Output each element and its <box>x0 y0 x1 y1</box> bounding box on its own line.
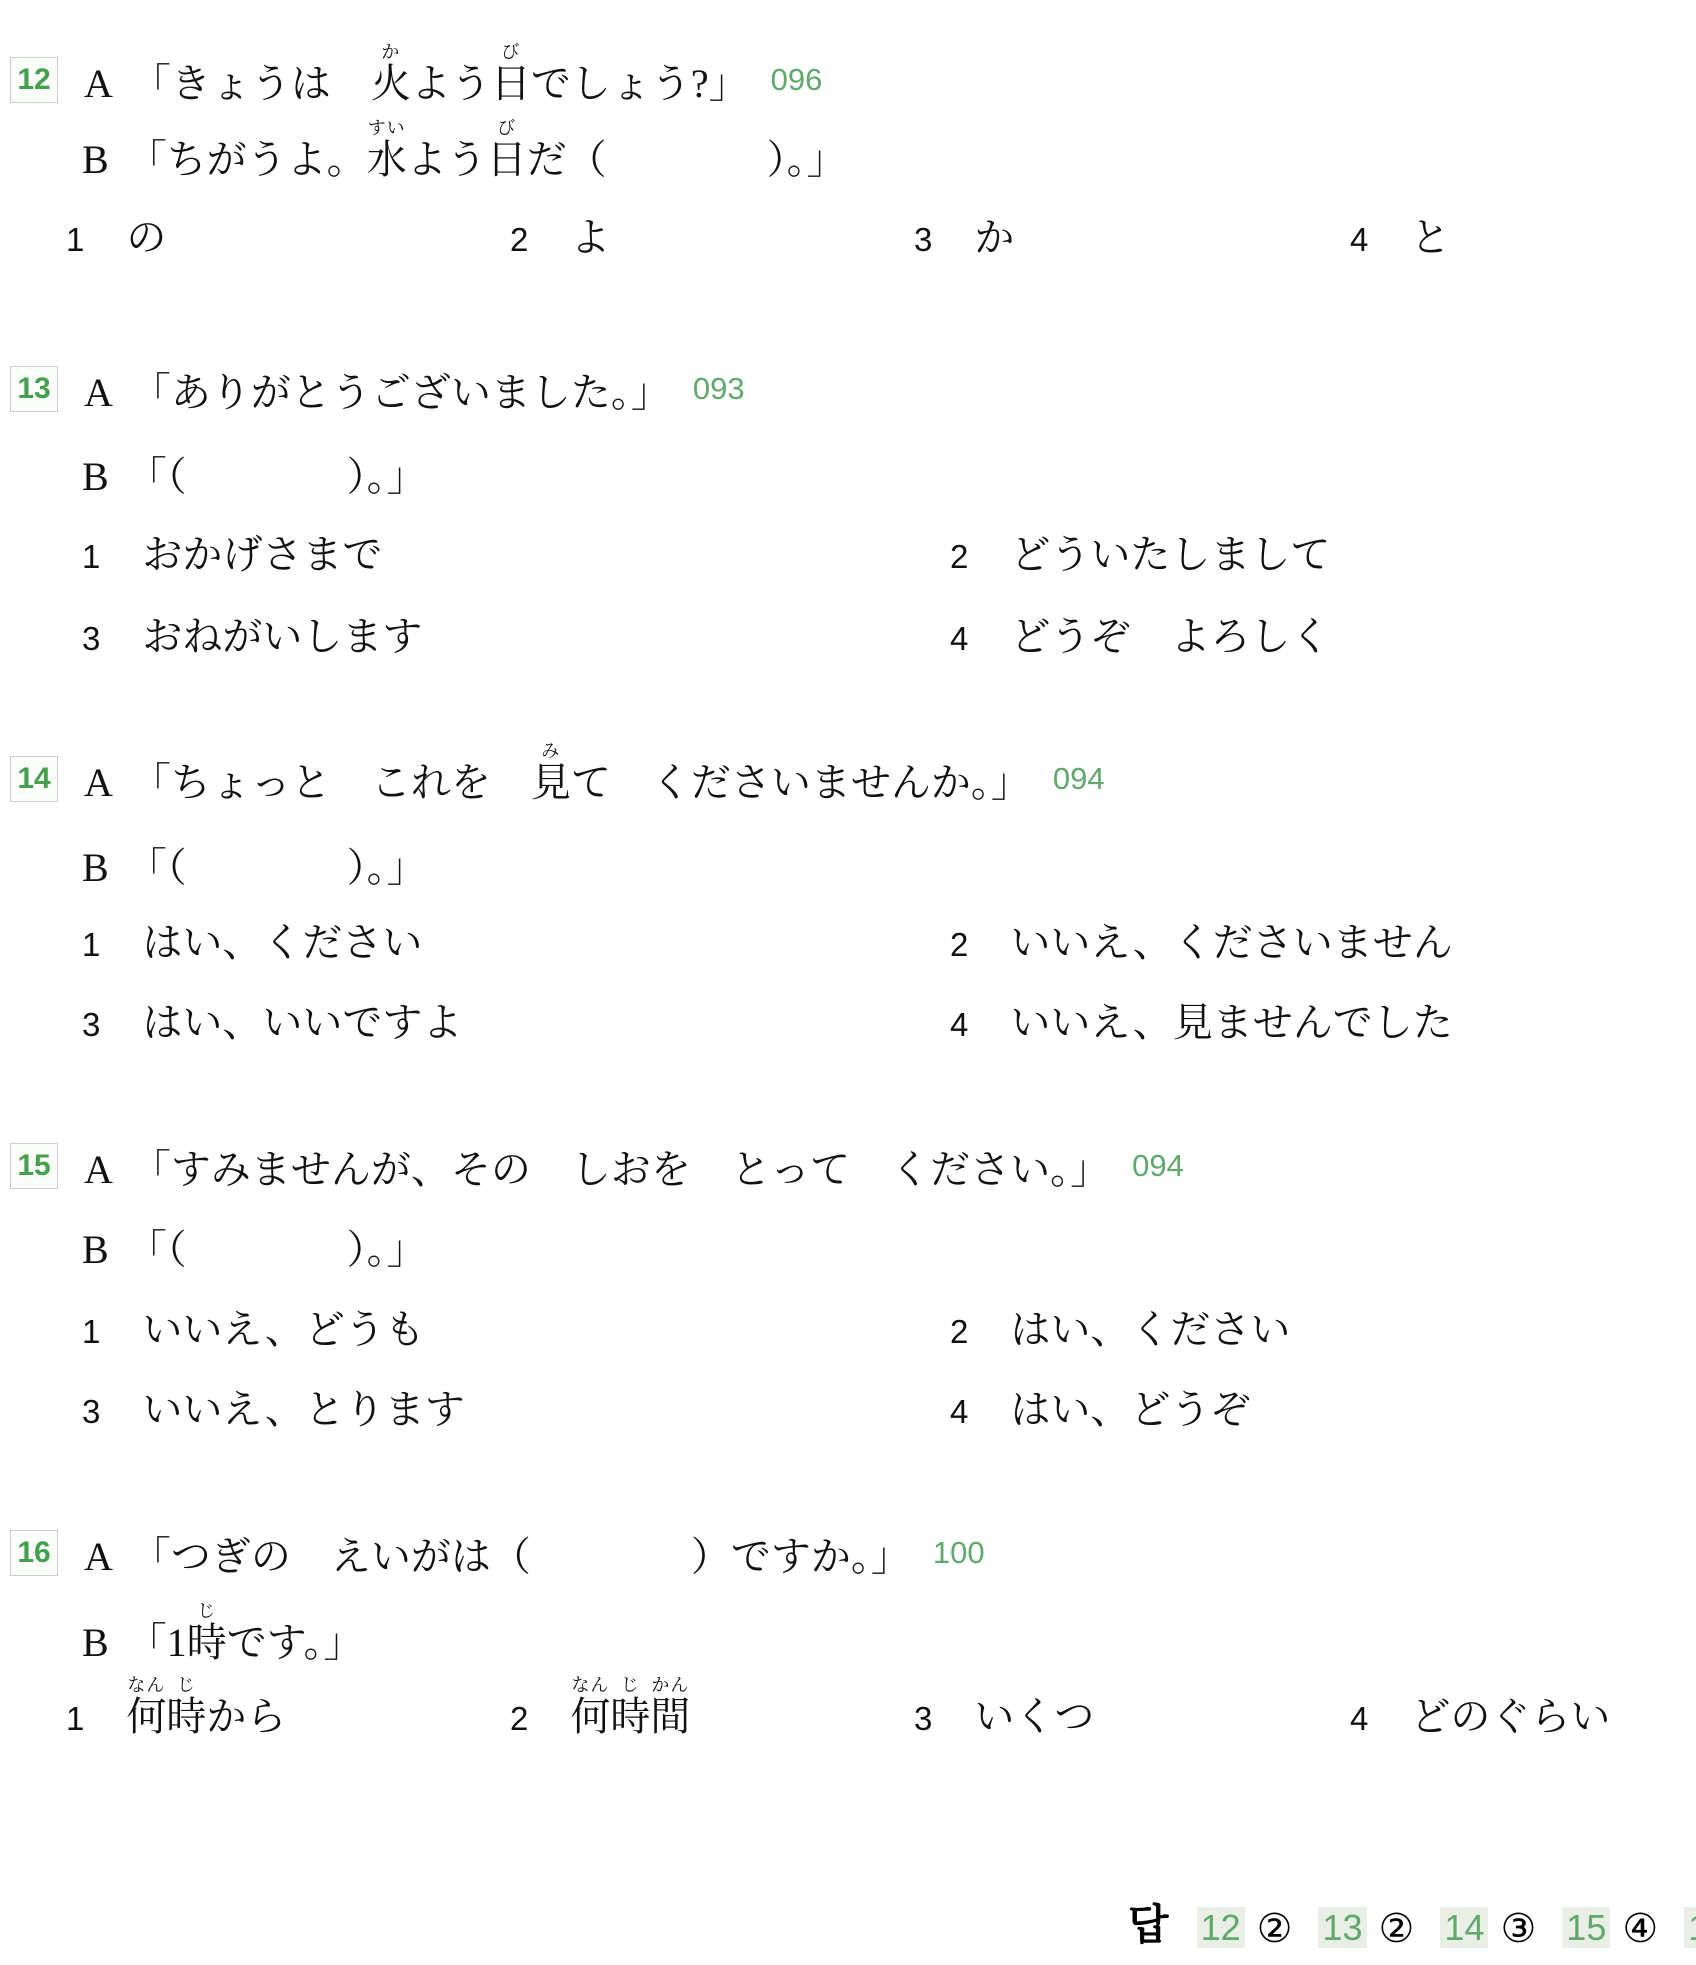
text-run: 「ありがとうございました。」 <box>131 370 671 415</box>
text-run: いいえ、どうも <box>142 1307 424 1352</box>
option-number: 4 <box>1350 1702 1368 1735</box>
dialogue-text: 「ありがとうございました。」 <box>131 373 671 413</box>
text-run: いいえ、見ませんでした <box>1010 1000 1452 1045</box>
text-run: と <box>1410 215 1450 260</box>
option-number: 4 <box>950 622 968 655</box>
question-number-badge: 14 <box>10 756 58 802</box>
question-12: 12 A「きょうは 火かよう日びでしょう?」096 B「ちがうよ。水すいよう日び… <box>0 30 1696 290</box>
option-number: 1 <box>82 1315 100 1348</box>
answer-key: 답 12②13②14③15④16① <box>1128 1899 1696 1949</box>
kanji-with-furigana: 間かん <box>650 1694 690 1739</box>
text-run: です。」 <box>227 1620 364 1665</box>
question-number-badge: 15 <box>10 1143 58 1189</box>
furigana: び <box>491 42 531 62</box>
speaker-label: A <box>84 1150 113 1190</box>
options-row: 3おねがいします4どうぞ よろしく <box>0 609 1696 657</box>
answer-option-3[interactable]: 3はい、いいですよ <box>82 1003 462 1043</box>
furigana: なん <box>126 1675 166 1695</box>
text-run: から <box>206 1694 286 1739</box>
text-run: はい、どうぞ <box>1010 1387 1250 1432</box>
answer-option-1[interactable]: 1はい、ください <box>82 923 422 963</box>
dialogue-line-a: 13 A「ありがとうございました。」093 <box>10 365 745 413</box>
dialogue-text: 「すみませんが、その しおを とって ください。」 <box>131 1150 1110 1190</box>
question-16: 16 A「つぎの えいがは（ ）ですか。」100 B「1時じです。」 1何なん時… <box>0 1529 1696 1769</box>
option-number: 2 <box>950 540 968 573</box>
answer-option-4[interactable]: 4いいえ、見ませんでした <box>950 1003 1453 1043</box>
option-text: どうぞ よろしく <box>1010 617 1330 657</box>
furigana: かん <box>650 1675 690 1695</box>
dialogue-line-b: B「（ ）。」 <box>82 449 427 497</box>
options-row: 3いいえ、とります4はい、どうぞ <box>0 1382 1696 1430</box>
dialogue-line-a: 14 A「ちょっと これを 見みて くださいませんか。」094 <box>10 755 1105 803</box>
option-text: はい、ください <box>1010 1310 1290 1350</box>
option-text: の <box>126 218 166 258</box>
answer-key-item-12: 12② <box>1197 1907 1293 1949</box>
speaker-label: B <box>82 1230 109 1270</box>
answer-option-1[interactable]: 1おかげさまで <box>82 535 382 575</box>
text-run: どうぞ よろしく <box>1010 614 1330 659</box>
answer-key-question-number: 12 <box>1197 1907 1245 1948</box>
answer-key-circled-answer: ② <box>1379 1909 1415 1949</box>
option-number: 3 <box>914 1702 932 1735</box>
furigana: すい <box>367 118 407 138</box>
option-text: いいえ、見ませんでした <box>1010 1003 1452 1043</box>
answer-option-3[interactable]: 3いいえ、とります <box>82 1390 465 1430</box>
option-text: おねがいします <box>142 617 422 657</box>
option-number: 1 <box>66 1702 84 1735</box>
text-run: て くださいませんか。」 <box>571 760 1031 805</box>
kanji-with-furigana: 日び <box>487 137 527 182</box>
answer-key-item-16: 16① <box>1684 1907 1696 1949</box>
text-run: 「きょうは <box>131 61 371 106</box>
answer-option-1[interactable]: 1何なん時じから <box>66 1675 286 1737</box>
text-run: 「つぎの えいがは（ ）ですか。」 <box>131 1534 911 1579</box>
option-number: 2 <box>950 928 968 961</box>
answer-key-question-number: 14 <box>1440 1907 1488 1948</box>
audio-track-number: 094 <box>1053 763 1105 794</box>
dialogue-text: 「ちょっと これを 見みて くださいませんか。」 <box>131 741 1031 803</box>
text-run: はい、ください <box>1010 1307 1290 1352</box>
option-number: 2 <box>510 223 528 256</box>
answer-key-label: 답 <box>1128 1905 1169 1947</box>
speaker-label: A <box>84 1537 113 1577</box>
text-run: か <box>974 215 1014 260</box>
kanji-with-furigana: 水すい <box>367 137 407 182</box>
kanji-with-furigana: 何なん <box>570 1694 610 1739</box>
options-row: 3はい、いいですよ4いいえ、見ませんでした <box>0 995 1696 1043</box>
answer-option-3[interactable]: 3いくつ <box>914 1697 1094 1737</box>
option-number: 2 <box>510 1702 528 1735</box>
text-run: いくつ <box>974 1694 1094 1739</box>
furigana: か <box>371 42 411 62</box>
speaker-label: A <box>84 64 113 104</box>
option-number: 1 <box>66 223 84 256</box>
option-text: と <box>1410 218 1450 258</box>
text-run: 「（ ）。」 <box>127 454 427 499</box>
answer-key-item-15: 15④ <box>1562 1907 1658 1949</box>
answer-option-2[interactable]: 2よ <box>510 218 610 258</box>
dialogue-line-a: 15 A「すみませんが、その しおを とって ください。」094 <box>10 1142 1184 1190</box>
text-run: 「すみませんが、その しおを とって ください。」 <box>131 1147 1110 1192</box>
dialogue-text: 「ちがうよ。水すいよう日びだ（ ）。」 <box>127 118 847 180</box>
dialogue-line-b: B「1時じです。」 <box>82 1615 364 1663</box>
option-number: 3 <box>914 223 932 256</box>
kanji-with-furigana: 日び <box>491 61 531 106</box>
answer-key-circled-answer: ③ <box>1500 1909 1536 1949</box>
option-text: どういたしまして <box>1010 535 1330 575</box>
option-text: どのぐらい <box>1410 1697 1610 1737</box>
speaker-label: B <box>82 457 109 497</box>
answer-option-3[interactable]: 3おねがいします <box>82 617 422 657</box>
text-run: よう <box>411 61 491 106</box>
option-number: 1 <box>82 540 100 573</box>
dialogue-text: 「つぎの えいがは（ ）ですか。」 <box>131 1537 911 1577</box>
options-row: 1いいえ、どうも2はい、ください <box>0 1302 1696 1350</box>
option-text: はい、いいですよ <box>142 1003 462 1043</box>
text-run: いいえ、くださいません <box>1010 920 1452 965</box>
question-15: 15 A「すみませんが、その しおを とって ください。」094 B「（ ）。」… <box>0 1140 1696 1450</box>
answer-option-2[interactable]: 2いいえ、くださいません <box>950 923 1453 963</box>
options-row: 1おかげさまで2どういたしまして <box>0 527 1696 575</box>
kanji-with-furigana: 時じ <box>610 1694 650 1739</box>
text-run: 「ちがうよ。 <box>127 137 367 182</box>
answer-key-question-number: 15 <box>1562 1907 1610 1948</box>
text-run: 「ちょっと これを <box>131 760 531 805</box>
furigana: じ <box>610 1675 650 1695</box>
text-run: はい、ください <box>142 920 422 965</box>
option-text: おかげさまで <box>142 535 382 575</box>
speaker-label: A <box>84 373 113 413</box>
option-text: いいえ、とります <box>142 1390 464 1430</box>
answer-option-4[interactable]: 4と <box>1350 218 1450 258</box>
text-run: いいえ、とります <box>142 1387 464 1432</box>
option-number: 3 <box>82 1008 100 1041</box>
text-run: の <box>126 215 166 260</box>
question-number-badge: 12 <box>10 57 58 103</box>
options-row: 1何なん時じから2何なん時じ間かん3いくつ4どのぐらい <box>0 1689 1696 1737</box>
option-text: はい、ください <box>142 923 422 963</box>
answer-option-4[interactable]: 4はい、どうぞ <box>950 1390 1250 1430</box>
kanji-with-furigana: 何なん <box>126 1694 166 1739</box>
furigana: なん <box>570 1675 610 1695</box>
worksheet-page: { "colors": { "question_number_green": "… <box>0 0 1696 1965</box>
kanji-with-furigana: 見み <box>531 760 571 805</box>
dialogue-text: 「1時じです。」 <box>127 1601 364 1663</box>
option-number: 4 <box>950 1008 968 1041</box>
dialogue-text: 「（ ）。」 <box>127 1230 427 1270</box>
answer-option-1[interactable]: 1いいえ、どうも <box>82 1310 425 1350</box>
furigana: じ <box>187 1601 227 1621</box>
options-row: 1はい、ください2いいえ、くださいません <box>0 915 1696 963</box>
option-text: はい、どうぞ <box>1010 1390 1250 1430</box>
answer-key-item-14: 14③ <box>1440 1907 1536 1949</box>
option-number: 1 <box>82 928 100 961</box>
option-text: いいえ、どうも <box>142 1310 424 1350</box>
dialogue-line-a: 12 A「きょうは 火かよう日びでしょう?」096 <box>10 56 822 104</box>
dialogue-text: 「きょうは 火かよう日びでしょう?」 <box>131 42 749 104</box>
text-run: はい、いいですよ <box>142 1000 462 1045</box>
dialogue-text: 「（ ）。」 <box>127 457 427 497</box>
options-row: 1の2よ3か4と <box>0 210 1696 258</box>
answer-option-2[interactable]: 2何なん時じ間かん <box>510 1675 690 1737</box>
kanji-with-furigana: 時じ <box>187 1620 227 1665</box>
dialogue-line-b: B「（ ）。」 <box>82 1222 427 1270</box>
text-run: 「（ ）。」 <box>127 1227 427 1272</box>
dialogue-line-b: B「ちがうよ。水すいよう日びだ（ ）。」 <box>82 132 847 180</box>
speaker-label: B <box>82 140 109 180</box>
question-number-badge: 13 <box>10 366 58 412</box>
answer-key-question-number: 16 <box>1684 1907 1696 1948</box>
option-number: 4 <box>950 1395 968 1428</box>
kanji-with-furigana: 火か <box>371 61 411 106</box>
dialogue-line-b: B「（ ）。」 <box>82 840 427 888</box>
audio-track-number: 093 <box>693 373 745 404</box>
text-run: よ <box>570 215 610 260</box>
question-13: 13 A「ありがとうございました。」093 B「（ ）。」 1おかげさまで2どう… <box>0 360 1696 670</box>
audio-track-number: 100 <box>933 1537 985 1568</box>
option-text: よ <box>570 218 610 258</box>
furigana: み <box>531 741 571 761</box>
question-14: 14 A「ちょっと これを 見みて くださいませんか。」094 B「（ ）。」 … <box>0 750 1696 1060</box>
text-run: だ（ ）。」 <box>527 137 847 182</box>
text-run: おかげさまで <box>142 532 382 577</box>
audio-track-number: 096 <box>771 64 823 95</box>
question-number-badge: 16 <box>10 1530 58 1576</box>
option-text: 何なん時じから <box>126 1675 286 1737</box>
answer-option-2[interactable]: 2はい、ください <box>950 1310 1290 1350</box>
answer-key-circled-answer: ④ <box>1622 1909 1658 1949</box>
option-text: 何なん時じ間かん <box>570 1675 690 1737</box>
option-number: 3 <box>82 1395 100 1428</box>
option-number: 2 <box>950 1315 968 1348</box>
text-run: どういたしまして <box>1010 532 1330 577</box>
dialogue-line-a: 16 A「つぎの えいがは（ ）ですか。」100 <box>10 1529 985 1577</box>
answer-key-question-number: 13 <box>1318 1907 1366 1948</box>
option-number: 4 <box>1350 223 1368 256</box>
furigana: び <box>487 118 527 138</box>
answer-option-3[interactable]: 3か <box>914 218 1014 258</box>
text-run: どのぐらい <box>1410 1694 1610 1739</box>
speaker-label: B <box>82 848 109 888</box>
speaker-label: A <box>84 763 113 803</box>
text-run: おねがいします <box>142 614 422 659</box>
audio-track-number: 094 <box>1132 1150 1184 1181</box>
option-text: いいえ、くださいません <box>1010 923 1452 963</box>
kanji-with-furigana: 時じ <box>166 1694 206 1739</box>
text-run: でしょう?」 <box>531 61 749 106</box>
speaker-label: B <box>82 1623 109 1663</box>
answer-key-circled-answer: ② <box>1257 1909 1293 1949</box>
option-text: か <box>974 218 1014 258</box>
text-run: よう <box>407 137 487 182</box>
dialogue-text: 「（ ）。」 <box>127 848 427 888</box>
text-run: 「（ ）。」 <box>127 845 427 890</box>
option-text: いくつ <box>974 1697 1094 1737</box>
answer-option-4[interactable]: 4どうぞ よろしく <box>950 617 1330 657</box>
answer-option-2[interactable]: 2どういたしまして <box>950 535 1330 575</box>
option-number: 3 <box>82 622 100 655</box>
answer-key-item-13: 13② <box>1318 1907 1414 1949</box>
furigana: じ <box>166 1675 206 1695</box>
text-run: 「1 <box>127 1620 187 1665</box>
answer-option-1[interactable]: 1の <box>66 218 166 258</box>
answer-option-4[interactable]: 4どのぐらい <box>1350 1697 1610 1737</box>
